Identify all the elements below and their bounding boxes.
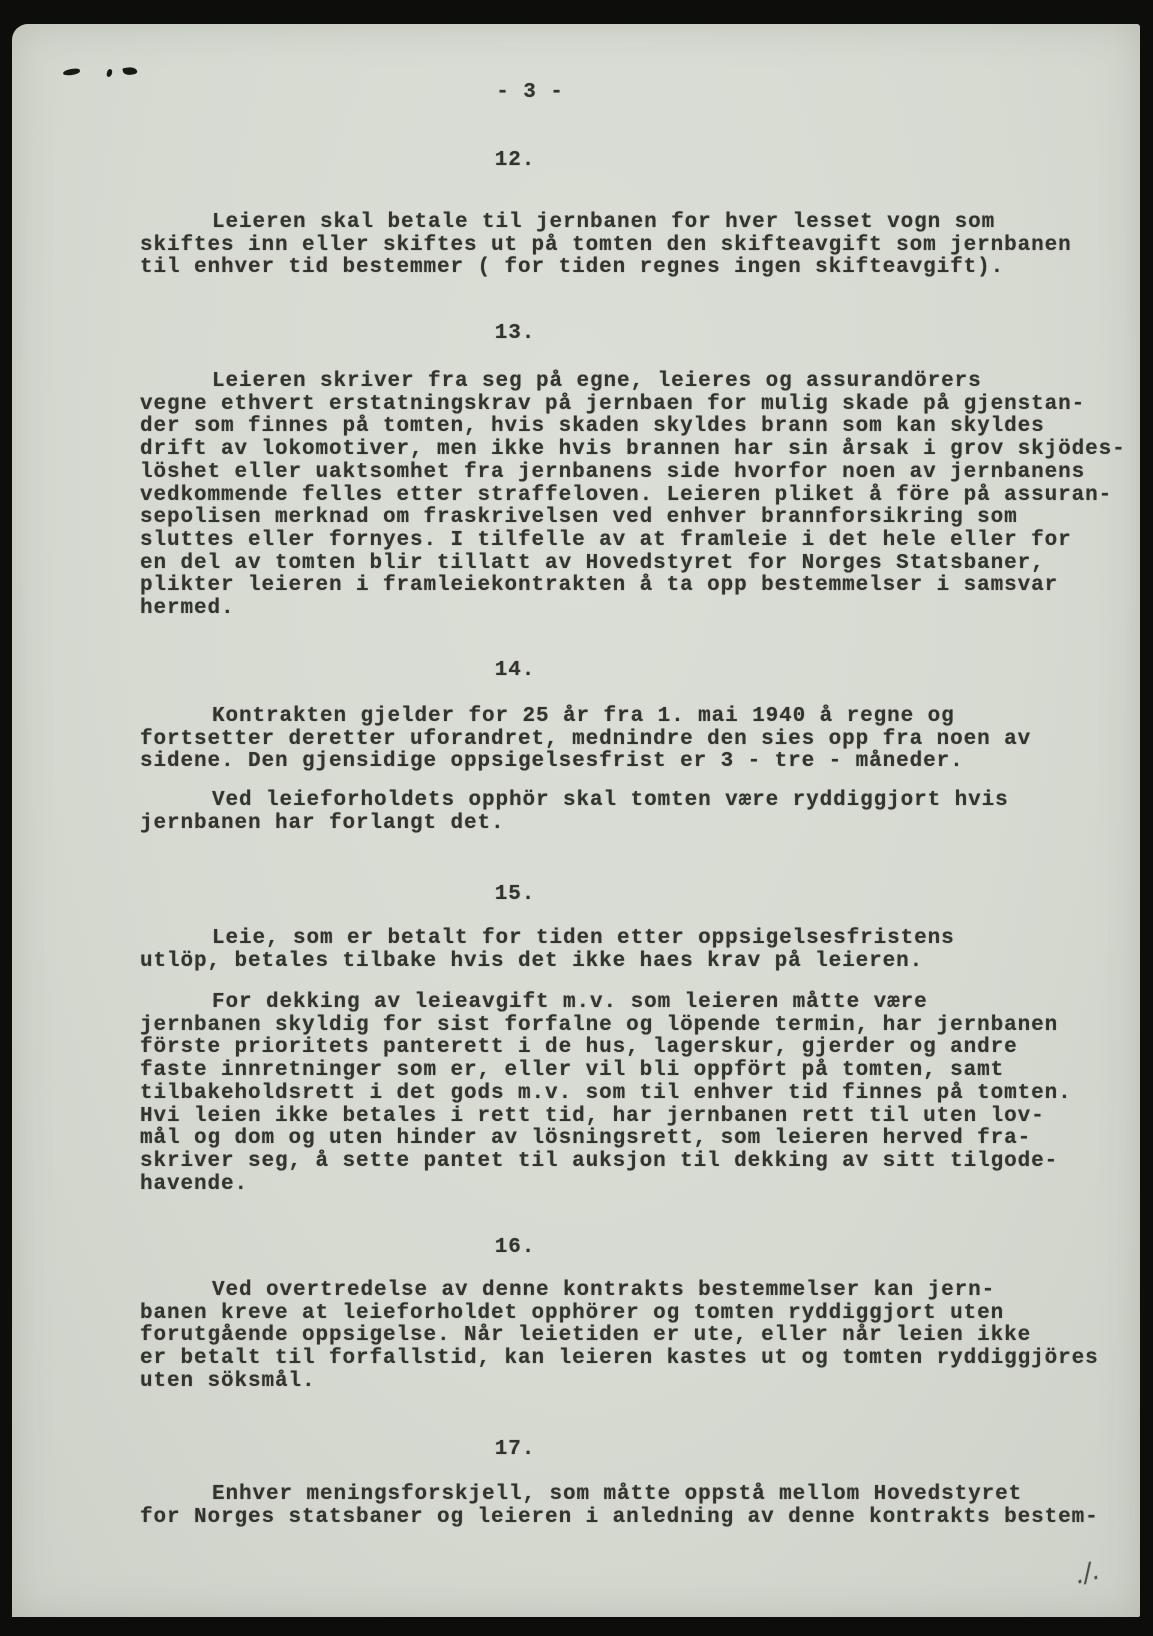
section-number: 13. — [140, 323, 890, 346]
page-number: - 3 - — [140, 82, 920, 105]
section-paragraph: Ved overtredelse av denne kontrakts best… — [140, 1280, 1135, 1394]
ink-smudge-icon — [106, 68, 113, 77]
section-paragraph: Ved leieforholdets opphör skal tomten væ… — [140, 790, 1135, 835]
ink-smudge-icon — [122, 66, 137, 77]
scanned-document-page: - 3 - 12.Leieren skal betale til jernban… — [12, 24, 1140, 1617]
section-paragraph: For dekking av leieavgift m.v. som leier… — [140, 992, 1135, 1196]
section-number: 17. — [140, 1439, 890, 1462]
section-paragraph: Enhver meningsforskjell, som måtte oppst… — [140, 1484, 1135, 1529]
section-number: 12. — [140, 150, 890, 173]
handwritten-mark: ./. — [1072, 1555, 1103, 1589]
section-number: 16. — [140, 1237, 890, 1260]
section-paragraph: Leieren skal betale til jernbanen for hv… — [140, 212, 1135, 280]
section-paragraph: Kontrakten gjelder for 25 år fra 1. mai … — [140, 706, 1135, 774]
section-number: 15. — [140, 884, 890, 907]
ink-smudge-icon — [63, 68, 81, 76]
section-number: 14. — [140, 660, 890, 683]
section-paragraph: Leieren skriver fra seg på egne, leieres… — [140, 371, 1135, 621]
section-paragraph: Leie, som er betalt for tiden etter opps… — [140, 928, 1135, 973]
